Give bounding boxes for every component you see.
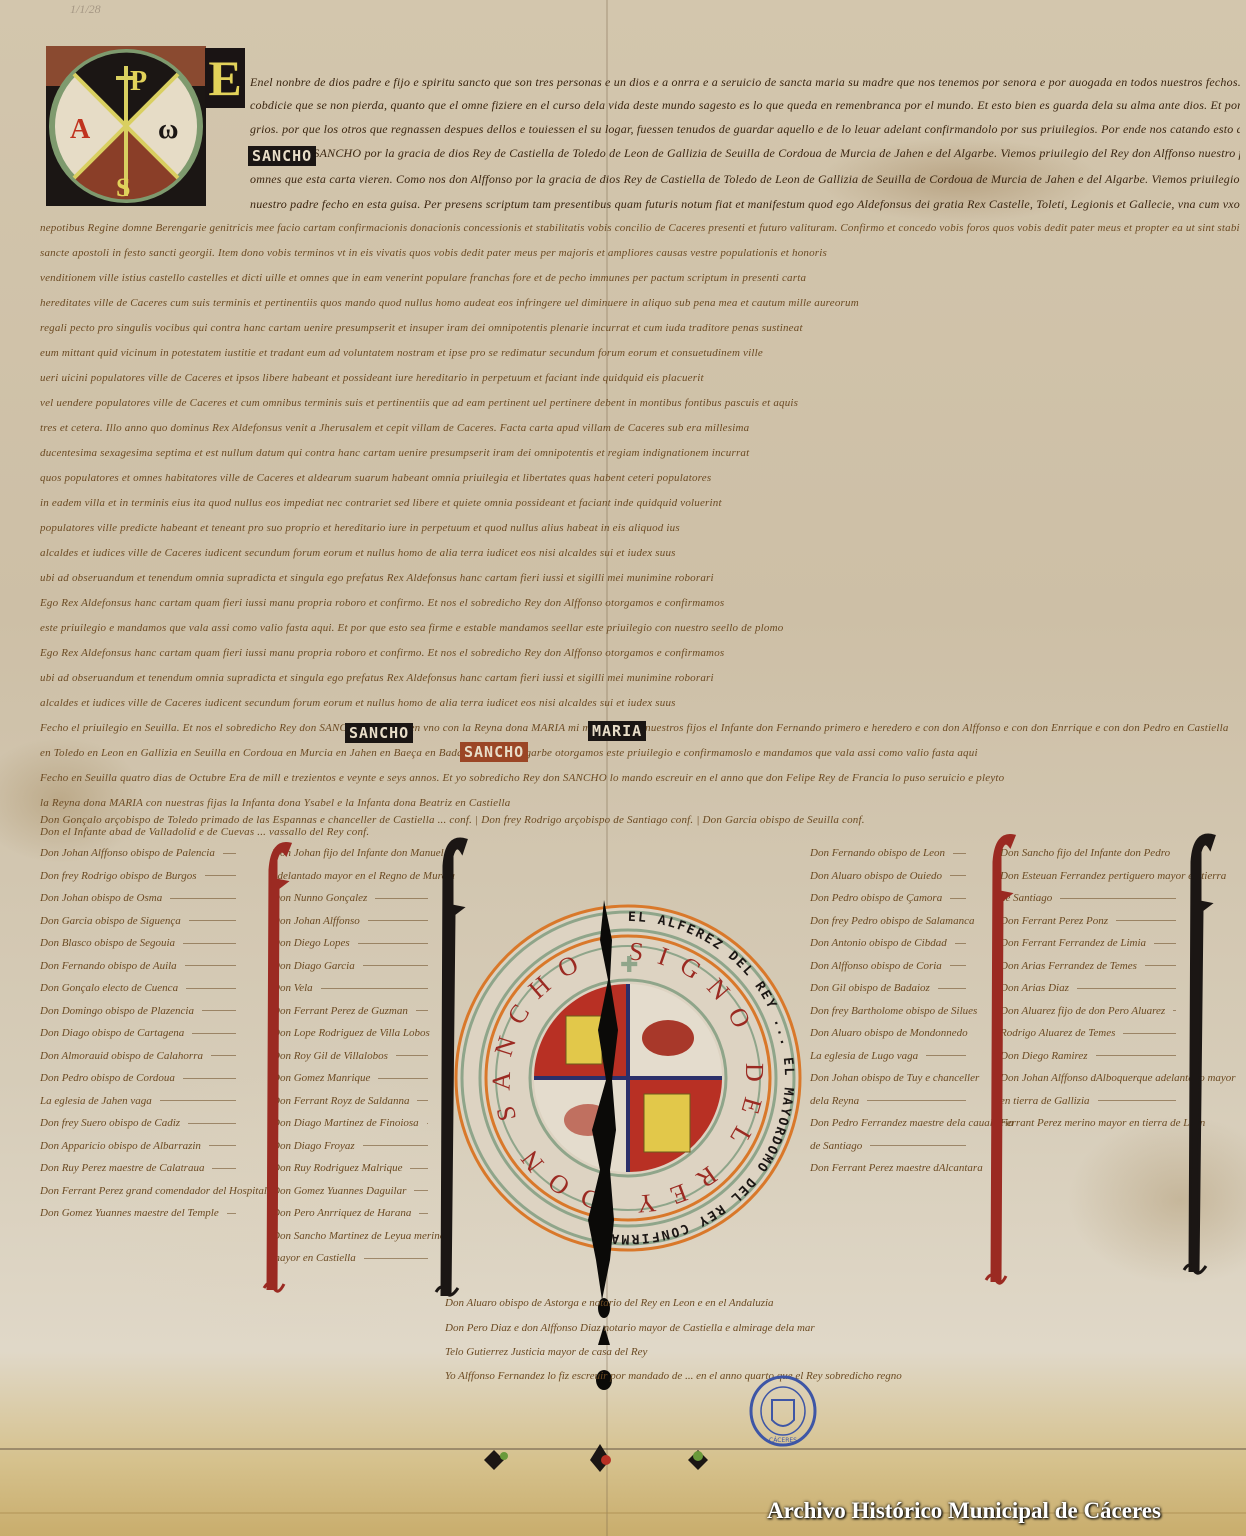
signatory: Don Sancho Martinez de Leyua merino [272,1225,432,1248]
body-line: in eadem villa et in terminis eius ita q… [40,497,1240,511]
parchment-hole [594,1325,614,1395]
signatory: Don Gil obispo de Badaioz [810,977,970,1000]
black-flourish-icon [1180,822,1220,1282]
signatory: Don Diago Froyaz [272,1135,432,1158]
signatory: Don Almorauid obispo de Calahorra [40,1045,240,1068]
confirmations-column-3: Don Fernando obispo de Leon Don Aluaro o… [810,842,970,1180]
confirmations-column-2: Don Johan fijo del Infante don Manuel ad… [272,842,432,1270]
body-line: regali pecto pro singulis vocibus qui co… [40,322,1240,336]
signatory: Don Pedro obispo de Çamora [810,887,970,910]
signatory: Don Sancho fijo del Infante don Pedro [1000,842,1180,865]
body-line: ducentesima sexagesima septima et est nu… [40,447,1240,461]
body-line: ubi ad obseruandum et tenendum omnia sup… [40,672,1240,686]
signatory: Don Lope Rodriguez de Villa Lobos [272,1022,432,1045]
body-line: nuestro padre fecho en esta guisa. Per p… [250,197,1240,211]
red-flourish-icon [256,830,296,1300]
body-line: grios. por que los otros que regnassen d… [250,122,1240,136]
body-line: este priuilegio e mandamos que vala assi… [40,622,1240,636]
king-name-sancho: SANCHO [345,723,413,743]
body-line: venditionem ville istius castello castel… [40,272,1240,286]
body-line: alcaldes et iudices ville de Caceres iud… [40,697,1240,711]
signatory: Don Gomez Yuannes maestre del Temple [40,1202,240,1225]
body-line: populatores ville predicte habeant et te… [40,522,1240,536]
signatory: Don Pero Anrriquez de Harana [272,1202,432,1225]
signatory: de Santiago [810,1135,970,1158]
body-line: quos populatores et omnes habitatores vi… [40,472,1240,486]
body-line: nepotibus Regine domne Berengarie genitr… [40,222,1240,236]
signatory: Don frey Suero obispo de Cadiz [40,1112,240,1135]
signatory: Don Ferrant Royz de Saldanna [272,1090,432,1113]
signatory: Don Diago obispo de Cartagena [40,1022,240,1045]
signatory: Don Ferrant Perez Ponz [1000,910,1180,933]
catalog-mark: 1/1/28 [70,2,101,17]
signatory: Don frey Rodrigo obispo de Burgos [40,865,240,888]
signatory: Rodrigo Aluarez de Temes [1000,1022,1180,1045]
rho-letter: P [130,66,147,97]
svg-text:CÁCERES: CÁCERES [769,1437,797,1444]
signatory: mayor en Castiella [272,1247,432,1270]
seal-cord-holes [480,1440,720,1480]
king-name-sancho: SANCHO [248,146,316,166]
signatory: Don Antonio obispo de Cibdad [810,932,970,955]
signatory: Don Blasco obispo de Segouia [40,932,240,955]
signatory: dela Reyna [810,1090,970,1113]
confirmations-left-header: Don el Infante abad de Valladolid e de C… [40,826,400,840]
bottom-confirmation: Telo Gutierrez Justicia mayor de casa de… [445,1346,647,1358]
body-line: Fecho en Seuilla quatro dias de Octubre … [40,772,1240,786]
body-line: hereditates ville de Caceres cum suis te… [40,297,1240,311]
parchment-tear [570,900,630,1320]
body-line: sancte apostoli in festo sancti georgii.… [40,247,1240,261]
omega-letter: ω [158,114,178,145]
signatory: Don Pedro Ferrandez maestre dela caualle… [810,1112,970,1135]
body-line: en Toledo en Leon en Gallizia en Seuilla… [40,747,1240,761]
body-line: que nos don SANCHO por la gracia de dios… [250,146,1240,160]
signatory: Don Diego Lopes [272,932,432,955]
signatory: Don Johan Alffonso obispo de Palencia [40,842,240,865]
body-line: ueri uicini populatores ville de Caceres… [40,372,1240,386]
signatory: Don Ferrant Ferrandez de Limia [1000,932,1180,955]
signatory: Don Ferrant Perez maestre dAlcantara [810,1157,970,1180]
signatory: Don frey Pedro obispo de Salamanca [810,910,970,933]
archive-stamp-icon: CÁCERES [748,1374,818,1448]
body-line: tres et cetera. Illo anno quo dominus Re… [40,422,1240,436]
signatory: Don Johan Alffonso [272,910,432,933]
sigma-letter: S [116,173,130,202]
signatory: Don Diago Garcia [272,955,432,978]
body-line: Ego Rex Aldefonsus hanc cartam quam fier… [40,647,1240,661]
signatory: Don Alffonso obispo de Coria [810,955,970,978]
signatory: Ferrant Perez merino mayor en tierra de … [1000,1112,1180,1135]
red-flourish-icon [980,822,1020,1292]
signatory: Don Aluarez fijo de don Pero Aluarez [1000,1000,1180,1023]
body-line: cobdicie que se non pierda, quanto que e… [250,98,1240,112]
body-line: Ego Rex Aldefonsus hanc cartam quam fier… [40,597,1240,611]
queen-name-maria: MARIA [588,721,646,741]
signatory: en tierra de Gallizia [1000,1090,1180,1113]
signatory: Don Aluaro obispo de Ouiedo [810,865,970,888]
signatory: Don Arias Ferrandez de Temes [1000,955,1180,978]
signatory: Don Gomez Manrique [272,1067,432,1090]
signatory: Don Vela [272,977,432,1000]
signatory: Don Fernando obispo de Leon [810,842,970,865]
signatory: Don Ruy Rodriguez Malrique [272,1157,432,1180]
signatory: Don Johan obispo de Tuy e chanceller [810,1067,970,1090]
body-line: alcaldes et iudices ville de Caceres iud… [40,547,1240,561]
signatory: Don Johan obispo de Osma [40,887,240,910]
bottom-confirmation: Yo Alffonso Fernandez lo fiz escreuir po… [445,1370,902,1382]
body-line: vel uendere populatores ville de Caceres… [40,397,1240,411]
archive-watermark: Archivo Histórico Municipal de Cáceres [767,1498,1161,1524]
signatory: Don Apparicio obispo de Albarrazin [40,1135,240,1158]
signatory: Don Roy Gil de Villalobos [272,1045,432,1068]
signatory: Don Gomez Yuannes Daguilar [272,1180,432,1203]
signatory: Don Ferrant Perez de Guzman [272,1000,432,1023]
signatory: Don Aluaro obispo de Mondonnedo [810,1022,970,1045]
king-name-sancho-red: SANCHO [460,742,528,762]
confirmations-column-4: Don Sancho fijo del Infante don Pedro Do… [1000,842,1180,1135]
signatory: Don Gonçalo electo de Cuenca [40,977,240,1000]
body-line: ubi ad obseruandum et tenendum omnia sup… [40,572,1240,586]
signatory: Don frey Bartholome obispo de Silues [810,1000,970,1023]
signatory: Don Domingo obispo de Plazencia [40,1000,240,1023]
signatory: Don Nunno Gonçalez [272,887,432,910]
signatory: Don Arias Diaz [1000,977,1180,1000]
signatory: adelantado mayor en el Regno de Murcia [272,865,432,888]
signatory: Don Ruy Perez maestre de Calatraua [40,1157,240,1180]
signatory: La eglesia de Jahen vaga [40,1090,240,1113]
bottom-confirmation: Don Pero Diaz e don Alffonso Diaz notari… [445,1322,815,1334]
signatory: Don Pedro obispo de Cordoua [40,1067,240,1090]
alpha-letter: A [70,114,91,145]
signatory: Don Ferrant Perez grand comendador del H… [40,1180,240,1203]
body-line: omnes que esta carta vieren. Como nos do… [250,172,1240,186]
confirmations-column-1: Don Johan Alffonso obispo de Palencia Do… [40,842,240,1225]
body-line: eum mittant quid vicinum in potestatem i… [40,347,1240,361]
body-line: la Reyna dona MARIA con nuestras fijas l… [40,797,540,811]
signatory: Don Johan Alffonso dAlboquerque adelanta… [1000,1067,1180,1090]
bottom-confirmation: Don Aluaro obispo de Astorga e notario d… [445,1297,774,1309]
signatory: Don Diego Ramirez [1000,1045,1180,1068]
signatory: Don Fernando obispo de Auila [40,955,240,978]
signatory: La eglesia de Lugo vaga [810,1045,970,1068]
body-line: Enel nonbre de dios padre e fijo e spiri… [250,75,1240,89]
signatory: Don Esteuan Ferrandez pertiguero mayor e… [1000,865,1180,888]
signatory: Don Garcia obispo de Siguença [40,910,240,933]
signatory: de Santiago [1000,887,1180,910]
signatory: Don Diago Martinez de Finoiosa [272,1112,432,1135]
chrismon-icon: P A ω S [46,46,206,206]
signatory: Don Johan fijo del Infante don Manuel [272,842,432,865]
initial-letter: E [205,48,245,108]
